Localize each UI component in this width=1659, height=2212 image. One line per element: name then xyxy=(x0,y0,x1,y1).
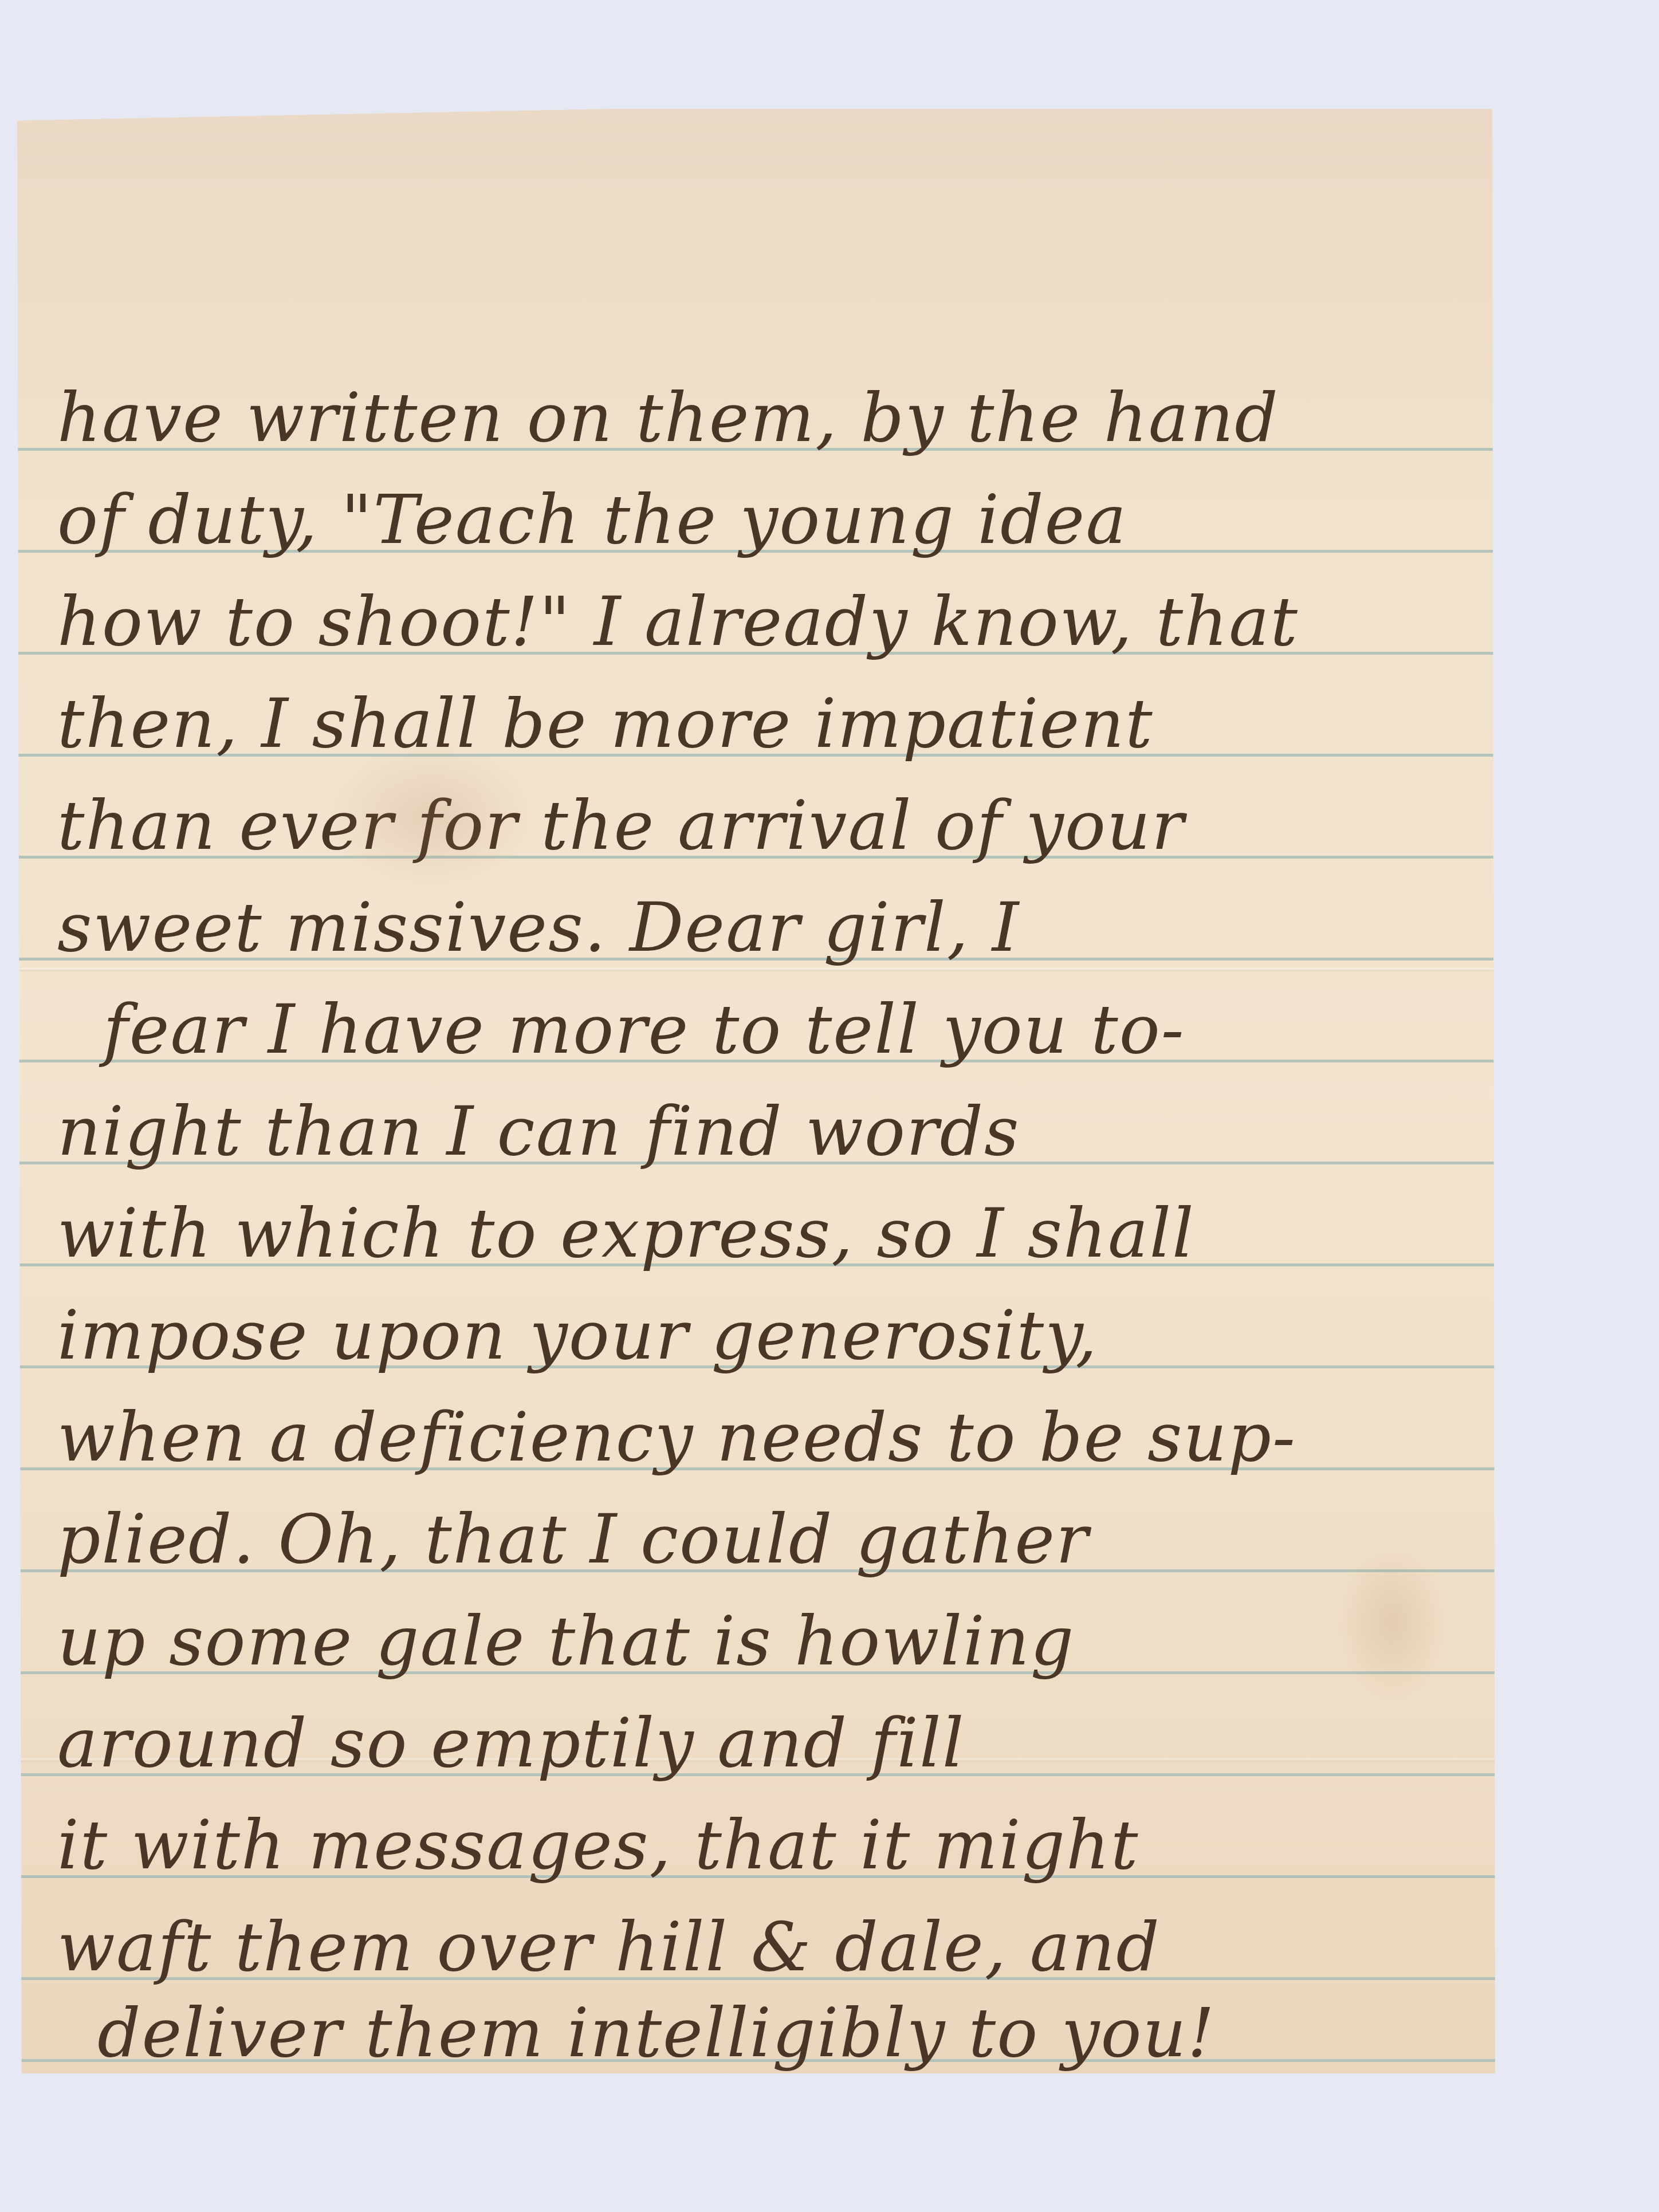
text-line: when a deficiency needs to be sup- xyxy=(57,1403,1467,1471)
text-line: around so emptily and fill xyxy=(57,1709,1467,1777)
text-line: of duty, "Teach the young idea xyxy=(57,486,1467,553)
text-line: have written on them, by the hand xyxy=(57,384,1467,451)
text-line: fear I have more to tell you to- xyxy=(103,995,1512,1063)
text-line: waft them over hill & dale, and xyxy=(57,1913,1467,1981)
handwritten-text: have written on them, by the hand of dut… xyxy=(17,109,1495,2073)
text-line: deliver them intelligibly to you! xyxy=(97,1999,1507,2067)
text-line: with which to express, so I shall xyxy=(57,1199,1467,1267)
letter-page: have written on them, by the hand of dut… xyxy=(17,109,1495,2073)
text-line: night than I can find words xyxy=(57,1097,1467,1165)
text-line: plied. Oh, that I could gather xyxy=(57,1505,1467,1573)
text-line: it with messages, that it might xyxy=(57,1811,1467,1879)
text-line: up some gale that is howling xyxy=(57,1607,1467,1675)
text-line: how to shoot!" I already know, that xyxy=(57,588,1467,655)
text-line: sweet missives. Dear girl, I xyxy=(57,894,1467,961)
text-line: impose upon your generosity, xyxy=(57,1301,1467,1369)
text-line: than ever for the arrival of your xyxy=(57,792,1467,859)
text-line: then, I shall be more impatient xyxy=(57,690,1467,757)
